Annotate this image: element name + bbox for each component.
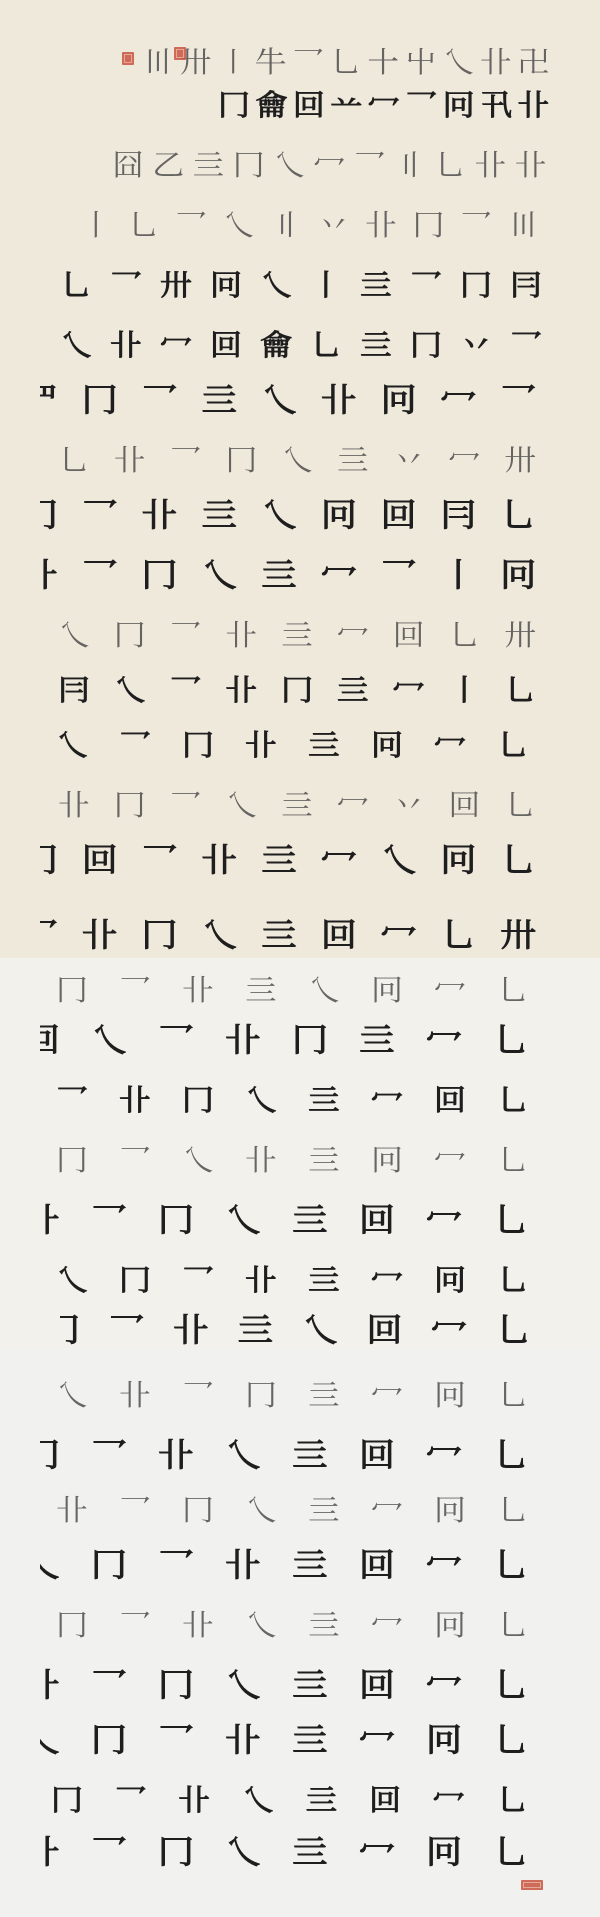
calligraphy-line: 卝乛冂乀亖冖冋乚	[40, 1836, 560, 1868]
seal-bottom-right	[521, 1880, 543, 1890]
calligraphy-line: 乀卝乛冂亖冖冋乚	[56, 1379, 560, 1411]
calligraphy-line: 冂乛卝亖乀回冖乚	[60, 1314, 560, 1346]
calligraphy-line: 冂乛卝乀亖回冖乚	[40, 1439, 560, 1471]
calligraphy-line: 囧乙亖冂乀冖乛〢乚卝卝	[112, 149, 555, 181]
seal-top-left-1	[122, 52, 134, 65]
calligraphy-line: 乀冂乛卝亖冖回乚卅	[58, 619, 560, 651]
calligraphy-line: 乀卝冖回龠乚亖冂丷乛	[60, 329, 560, 361]
calligraphy-line: 冂乛卝亖乀冋回冃乚	[40, 499, 560, 531]
calligraphy-line: 罒冂乛亖乀卝冋冖乛	[40, 384, 560, 416]
calligraphy-line: 卝乛冂乀亖冖冋乚	[56, 1494, 560, 1526]
calligraphy-line: 卝乛冂乀亖冖乛丨冋	[40, 559, 560, 591]
calligraphy-line: 〣卅〡牛乛乚〸屮乀卝卍	[142, 46, 555, 78]
calligraphy-line: 冂乛卝亖乀冋冖乚	[56, 974, 560, 1006]
calligraphy-line: 乀乛冂卝亖冋冖乚	[56, 729, 560, 761]
calligraphy-line: 冂乛卝乀亖回冖乚	[51, 1784, 560, 1816]
calligraphy-line: 乛卝冂乀亖回冖乚卅	[40, 919, 560, 951]
calligraphy-line: 回乀乛卝冂亖冖乚	[40, 1024, 560, 1056]
calligraphy-line: 冂乛卝乀亖冖冋乚	[56, 1609, 560, 1641]
calligraphy-line: 冂龠回䒑冖乛冋卂卝	[218, 89, 555, 121]
calligraphy-line: 卝冂乛乀亖冖丷回乚	[58, 789, 560, 821]
calligraphy-line: 卝乛冂乀亖回冖乚	[40, 1669, 560, 1701]
seal-top-left-2	[174, 47, 186, 60]
calligraphy-line: 乚乛卅冋乀丨亖乛冂冃	[60, 269, 560, 301]
calligraphy-line: 乚卝乛冂乀亖丷冖卅	[58, 444, 560, 476]
calligraphy-line: 卝乛冂乀亖回冖乚	[40, 1204, 560, 1236]
calligraphy-line: 乛卝冂乀亖冖回乚	[56, 1084, 560, 1116]
calligraphy-line: 乀冂乛卝亖回冖乚	[40, 1549, 560, 1581]
calligraphy-line: 冂乛乀卝亖冋冖乚	[56, 1144, 560, 1176]
calligraphy-line: 乀冂乛卝亖冖冋乚	[40, 1724, 560, 1756]
calligraphy-line: 冃乀乛卝冂亖冖丨乚	[58, 674, 560, 706]
calligraphy-line: 丨乚乛乀〢丷卝冂乛〣	[80, 209, 555, 241]
calligraphy-line: 冂回乛卝亖冖乀冋乚	[40, 844, 560, 876]
calligraphy-line: 乀冂乛卝亖冖冋乚	[56, 1264, 560, 1296]
